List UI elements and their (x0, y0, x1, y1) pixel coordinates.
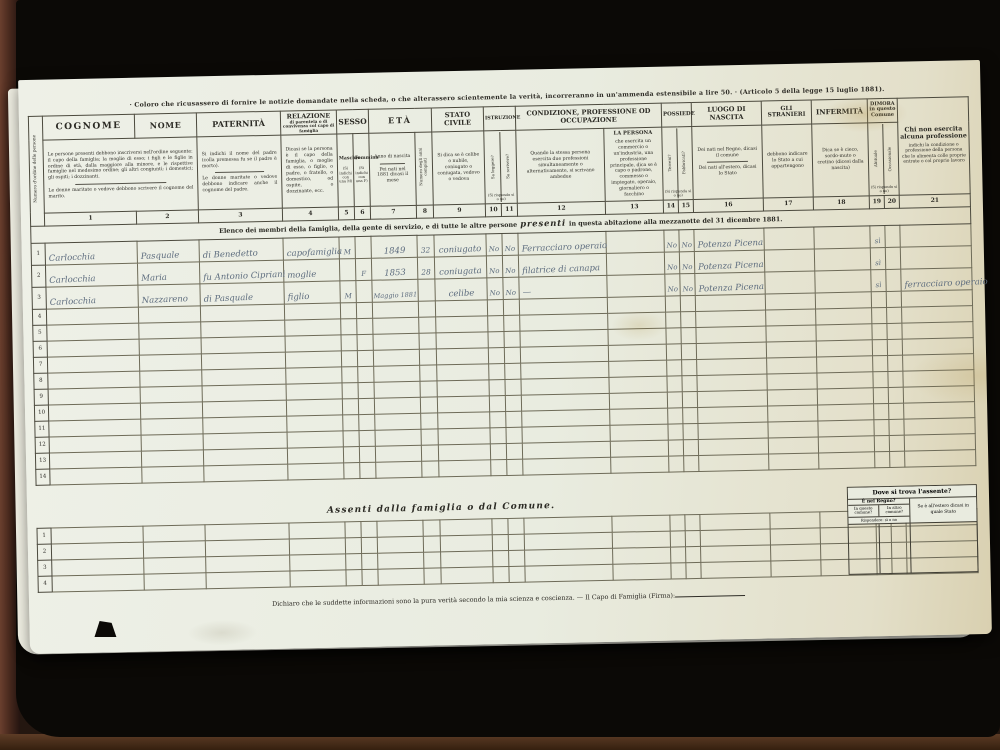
cell-luogo_nascita (698, 438, 768, 455)
cell-anno_nascita (376, 461, 422, 478)
cell-relazione (289, 538, 345, 555)
cell-dimora_occasionale (888, 371, 903, 387)
cell-nome (144, 573, 206, 590)
cell-la_persona (610, 408, 668, 425)
handwritten-entry: Potenza Picena (698, 282, 764, 295)
cell-stranieri (767, 373, 817, 390)
note-stranieri: debbono indicare lo Stato a cui apparten… (762, 124, 814, 198)
cell-dimora_abituale (874, 403, 889, 419)
cell-anno_nascita: 1849 (371, 235, 417, 258)
row-number: 12 (35, 437, 49, 453)
cell-cognome (48, 403, 140, 421)
cell-luogo_nascita: Potenza Picena (695, 272, 765, 295)
cell-la_persona (610, 440, 668, 457)
cell-chi_alimenta (900, 246, 971, 269)
row-number: 7 (33, 357, 47, 373)
cell-anni_compiuti (423, 520, 440, 536)
absent-location-box: Dove si trova l'assente? È nel Regno? In… (847, 484, 979, 575)
cell-stranieri (767, 357, 817, 374)
cell-stato_civile (436, 348, 488, 365)
cell-stranieri (771, 560, 821, 577)
cell-terreni (667, 360, 682, 376)
cell-luogo_nascita (701, 561, 771, 578)
handwritten-entry: No (667, 263, 678, 271)
cell-relazione (290, 570, 346, 587)
handwritten-entry: 32 (421, 245, 431, 254)
cell-cognome (49, 435, 141, 453)
cell-dimora_abituale (873, 371, 888, 387)
cell-luogo_nascita (697, 358, 767, 375)
handwritten-entry: figlio (288, 292, 310, 303)
cell-anno_nascita (375, 429, 421, 446)
cell-sesso_f: F (355, 258, 371, 280)
cell-la_persona (608, 328, 666, 345)
absent-box-altro-comune: In altro comune? (878, 504, 909, 516)
cell-anno_nascita (374, 381, 420, 398)
cell-luogo_nascita (698, 406, 768, 423)
cell-sa_scrivere (506, 443, 522, 459)
col-number: 4 (282, 207, 338, 221)
handwritten-entry: di Benedetto (203, 248, 258, 260)
handwritten-entry: Pasquale (141, 250, 180, 262)
cell-sa_scrivere (505, 395, 521, 411)
cell-cognome: Carlocchia (45, 241, 137, 265)
cell-fabbricati (686, 562, 701, 578)
cell-anni_compiuti (421, 429, 438, 445)
cell-relazione (286, 383, 342, 400)
cell-infermita (819, 452, 875, 469)
cell-nome (141, 450, 203, 467)
cell-sa_leggere: No (486, 233, 502, 255)
cell-nome (140, 370, 202, 387)
note-possiede: Terreni? Fabbricati? (Si risponda sì o n… (662, 127, 694, 200)
absent-box-estero: Se è all'estero dicasi in quale Stato (910, 497, 976, 523)
cell-terreni (668, 440, 683, 456)
cell-nome (142, 466, 204, 483)
cell-stato_civile (438, 444, 490, 461)
cell-luogo_nascita: Potenza Picena (694, 228, 764, 251)
cell-sesso_f (361, 521, 377, 537)
cell-anni_compiuti (422, 461, 439, 477)
cell-anni_compiuti (424, 568, 441, 584)
cell-sesso_f (357, 318, 373, 334)
cell-paternita (203, 416, 287, 434)
cell-dimora_occasionale (885, 225, 900, 247)
cell-relazione (285, 319, 341, 336)
cell-stranieri (769, 453, 819, 470)
cell-professione (520, 313, 608, 331)
cell-stranieri (768, 421, 818, 438)
handwritten-entry: coniugata (439, 266, 482, 278)
cell-cognome (48, 387, 140, 405)
row-number: 4 (38, 576, 52, 592)
cell-dimora_occasionale (888, 355, 903, 371)
cell-sa_leggere (489, 395, 505, 411)
row-number-vertical-label: Numero d'ordine delle persone (33, 135, 39, 203)
cell-luogo_nascita: Potenza Picena (694, 250, 764, 273)
cell-sesso_m (343, 446, 359, 462)
cell-paternita (203, 448, 287, 466)
handwritten-entry: moglie (287, 269, 316, 280)
cell-professione (522, 425, 610, 443)
cell-nome (140, 402, 202, 419)
cell-paternita (200, 304, 284, 322)
cell-nome (143, 525, 205, 542)
cell-stato_civile (439, 460, 491, 477)
column-header-cognome: COGNOME (42, 114, 134, 140)
cell-nome (140, 386, 202, 403)
absent-box-header: Dove si trova l'assente? È nel Regno? In… (848, 485, 977, 524)
cell-sesso_m (346, 569, 362, 585)
cell-nome (138, 306, 200, 323)
cell-sa_leggere (487, 299, 503, 315)
cell-dimora_occasionale (889, 435, 904, 451)
cell-la_persona (612, 531, 670, 548)
column-header-possiede: POSSIEDE (661, 102, 692, 127)
cell-la_persona (610, 424, 668, 441)
cell-sesso_f (356, 280, 372, 302)
cell-dimora_abituale (874, 419, 889, 435)
cell-luogo_nascita (698, 422, 768, 439)
cell-la_persona (608, 312, 666, 329)
cell-sesso_f (361, 537, 377, 553)
column-header-istruzione: ISTRUZIONE (483, 106, 516, 131)
cell-chi_alimenta (900, 224, 971, 247)
cell-cognome (48, 371, 140, 389)
cell-sesso_m (342, 366, 358, 382)
cell-sa_leggere (493, 566, 509, 582)
cell-professione (525, 564, 613, 582)
cell-relazione: figlio (284, 281, 340, 304)
col-number: 5 (338, 206, 354, 219)
cell-sa_scrivere (508, 518, 524, 534)
cell-relazione: moglie (283, 259, 339, 282)
cell-paternita (203, 432, 287, 450)
cell-sa_leggere (491, 459, 507, 475)
cell-sesso_f (359, 446, 375, 462)
cell-dimora_abituale: sì (871, 269, 886, 291)
note-divider (707, 161, 747, 163)
cell-la_persona (612, 515, 670, 532)
cell-sa_scrivere (506, 411, 522, 427)
sa-leggere-label: Sa leggere? (490, 155, 495, 179)
cell-professione (524, 532, 612, 550)
cell-nome: Maria (137, 262, 199, 285)
cell-anno_nascita (373, 349, 419, 366)
cell-fabbricati (681, 343, 696, 359)
cell-cognome (47, 339, 139, 357)
cell-stranieri (768, 437, 818, 454)
note-sesso-maschio: Maschio (Si indichi con una M) (337, 134, 355, 207)
handwritten-entry: Nazzareno (142, 294, 189, 306)
col-number: 7 (370, 205, 416, 219)
cell-nome: Pasquale (137, 240, 199, 263)
cell-sa_scrivere (506, 427, 522, 443)
cell-relazione: capofamiglia (283, 237, 339, 260)
cell-infermita (817, 388, 873, 405)
cell-chi_alimenta: ferracciaro operaio (901, 268, 972, 291)
cell-sa_leggere (488, 315, 504, 331)
cell-anni_compiuti (418, 301, 435, 317)
cell-sa_scrivere (505, 363, 521, 379)
cell-infermita (816, 340, 872, 357)
cell-dimora_abituale: sì (870, 225, 885, 247)
col-number: 19 (869, 195, 884, 208)
cell-cognome (46, 307, 138, 325)
handwritten-entry: No (490, 289, 501, 297)
cell-terreni (666, 312, 681, 328)
cell-chi_alimenta (901, 289, 972, 306)
cell-stranieri (768, 405, 818, 422)
cell-la_persona (609, 360, 667, 377)
cell-paternita: di Benedetto (199, 238, 283, 262)
cell-la_persona (613, 547, 671, 564)
cell-sa_leggere (490, 427, 506, 443)
cell-chi_alimenta (902, 305, 973, 322)
cell-paternita (201, 352, 285, 370)
cell-infermita (814, 248, 870, 271)
cell-dimora_occasionale (889, 419, 904, 435)
cell-la_persona (608, 344, 666, 361)
cell-nome (144, 557, 206, 574)
handwritten-entry: M (344, 248, 352, 256)
cell-professione (522, 441, 610, 459)
cell-terreni (669, 456, 684, 472)
cell-cognome (50, 467, 142, 485)
cell-sesso_f (358, 398, 374, 414)
cell-stato_civile (436, 316, 488, 333)
cell-paternita (205, 523, 289, 541)
cell-anni_compiuti: 32 (417, 235, 434, 257)
cell-terreni (671, 563, 686, 579)
cell-professione (520, 329, 608, 347)
cell-terreni (668, 424, 683, 440)
cell-dimora_occasionale (887, 339, 902, 355)
cell-anno_nascita: Maggio 1881 (372, 279, 418, 302)
col-number: 17 (763, 197, 813, 211)
cell-anni_compiuti (421, 413, 438, 429)
handwritten-entry: Potenza Picena (698, 238, 764, 251)
note-dimora: Abituale Occasionale (Si risponda sì o n… (868, 122, 900, 195)
cell-anno_nascita (377, 536, 423, 553)
cell-chi_alimenta (903, 385, 974, 402)
cell-stranieri (770, 512, 820, 529)
cell-sesso_m (342, 398, 358, 414)
cell-stato_civile (437, 396, 489, 413)
cell-paternita (201, 320, 285, 338)
cell-la_persona (607, 296, 665, 313)
cell-stranieri (765, 293, 815, 310)
handwritten-entry: No (682, 285, 693, 293)
handwritten-entry: No (505, 244, 516, 252)
column-header-luogo-nascita: LUOGO DI NASCITA (691, 101, 761, 127)
cell-sesso_m (345, 537, 361, 553)
cell-fabbricati (682, 359, 697, 375)
cell-relazione (286, 367, 342, 384)
cell-stato_civile (436, 332, 488, 349)
cell-professione: filatrice di canapa (518, 253, 606, 277)
cell-professione (521, 377, 609, 395)
cell-paternita (205, 539, 289, 557)
cell-sesso_m (344, 462, 360, 478)
cell-infermita (817, 356, 873, 373)
cell-stranieri (767, 389, 817, 406)
cell-stranieri (770, 544, 820, 561)
cell-dimora_abituale (874, 435, 889, 451)
cell-terreni (670, 531, 685, 547)
cell-sa_scrivere (504, 331, 520, 347)
cell-sa_leggere (492, 518, 508, 534)
column-header-relazione: RELAZIONE di parentela o di convivenza c… (280, 110, 337, 136)
cell-paternita (202, 400, 286, 418)
cell-dimora_occasionale (890, 451, 905, 467)
cell-fabbricati (681, 327, 696, 343)
col-number: 8 (416, 205, 433, 218)
handwritten-entry: 1849 (383, 246, 405, 257)
cell-dimora_abituale (871, 291, 886, 307)
cell-fabbricati (683, 439, 698, 455)
col-number: 2 (136, 210, 198, 224)
cell-stato_civile: celibe (435, 278, 487, 301)
handwritten-entry: Carlocchia (49, 274, 96, 286)
cell-sesso_m (341, 318, 357, 334)
cell-la_persona (606, 230, 664, 253)
handwritten-entry: No (682, 263, 693, 271)
cell-sesso_m (341, 334, 357, 350)
cell-infermita (818, 436, 874, 453)
col-number: 18 (813, 196, 869, 210)
column-header-chi-non-esercita: Chi non esercita alcuna professione indi… (897, 96, 970, 195)
cell-dimora_occasionale (886, 291, 901, 307)
cell-professione (522, 409, 610, 427)
row-number: 3 (32, 287, 46, 309)
cell-paternita (202, 384, 286, 402)
absent-section: Assenti dalla famiglia o dal Comune. 123… (36, 488, 979, 593)
cell-anni_compiuti (418, 279, 435, 301)
cell-infermita (818, 420, 874, 437)
cell-stato_civile (438, 412, 490, 429)
cell-fabbricati (680, 295, 695, 311)
cell-fabbricati (685, 514, 700, 530)
cell-sesso_f (357, 350, 373, 366)
row-number: 8 (34, 373, 48, 389)
cell-infermita (816, 308, 872, 325)
cell-dimora_abituale (873, 387, 888, 403)
cell-dimora_occasionale (885, 247, 900, 269)
column-header-paternita: PATERNITÀ (196, 111, 280, 137)
cell-anno_nascita (378, 552, 424, 569)
cell-stato_civile (438, 428, 490, 445)
cell-sa_leggere: No (486, 255, 502, 277)
row-number: 1 (37, 528, 51, 544)
cell-chi_alimenta (905, 449, 976, 466)
row-number: 13 (35, 453, 49, 469)
cell-professione (519, 297, 607, 315)
column-header-stranieri: GLI STRANIERI (761, 100, 812, 126)
cell-paternita: fu Antonio Cipriani (199, 260, 283, 284)
cell-sa_leggere (489, 363, 505, 379)
cell-fabbricati (683, 423, 698, 439)
note-divider (380, 163, 406, 165)
cell-dimora_abituale (872, 339, 887, 355)
cell-cognome (49, 419, 141, 437)
cell-luogo_nascita (700, 529, 770, 546)
row-number: 4 (32, 309, 46, 325)
presenti-emphasis: presenti (520, 218, 566, 229)
cell-dimora_abituale (873, 355, 888, 371)
absent-box-regno-column: È nel Regno? In questo comune? In altro … (848, 498, 910, 524)
cell-cognome: Carlocchia (46, 285, 138, 309)
handwritten-entry: No (681, 241, 692, 249)
cell-sesso_f (357, 334, 373, 350)
row-number: 11 (35, 421, 49, 437)
note-relazione: Dicasi se la persona è il capo della fam… (281, 134, 339, 208)
cell-dimora_abituale (872, 307, 887, 323)
row-number: 10 (34, 405, 48, 421)
col-number: 15 (678, 199, 693, 212)
cell-sa_scrivere (508, 534, 524, 550)
cell-professione (520, 345, 608, 363)
cell-terreni: No (664, 230, 679, 252)
cell-sesso_f (362, 569, 378, 585)
cell-nome (141, 418, 203, 435)
col-number: 10 (485, 203, 501, 216)
cell-sesso_f (358, 382, 374, 398)
cell-sa_scrivere (507, 459, 523, 475)
cell-dimora_occasionale (887, 307, 902, 323)
cell-la_persona (611, 456, 669, 473)
cell-anni_compiuti (419, 349, 436, 365)
handwritten-entry: fu Antonio Cipriani (203, 270, 286, 283)
cell-relazione (289, 522, 345, 539)
cell-professione: — (519, 275, 607, 299)
absent-box-grid (849, 521, 978, 574)
cell-stato_civile (435, 300, 487, 317)
cell-fabbricati (682, 375, 697, 391)
cell-cognome (47, 355, 139, 373)
absent-box-rispondere: Rispondere: sì o no (848, 516, 909, 524)
cell-infermita (814, 226, 870, 249)
column-header-stato-civile: STATO CIVILE (431, 106, 484, 132)
cell-infermita (815, 270, 871, 293)
handwritten-entry: F (361, 270, 366, 278)
cell-professione (525, 548, 613, 566)
cell-sesso_m (346, 553, 362, 569)
row-number: 3 (38, 560, 52, 576)
cell-stranieri (764, 249, 814, 272)
cell-paternita (201, 336, 285, 354)
cell-sa_leggere (489, 379, 505, 395)
cell-terreni (667, 376, 682, 392)
terreni-label: Terreni? (668, 155, 673, 172)
cell-sesso_m (345, 521, 361, 537)
cell-stato_civile (440, 535, 492, 552)
column-header-nome: NOME (134, 112, 196, 138)
cell-stranieri (766, 341, 816, 358)
column-header-eta: ETÀ (368, 108, 432, 134)
cell-relazione (290, 554, 346, 571)
cell-sa_scrivere (505, 379, 521, 395)
cell-sesso_m (343, 414, 359, 430)
cell-sesso_m (339, 258, 355, 280)
cell-chi_alimenta (903, 369, 974, 386)
cell-la_persona (607, 274, 665, 297)
handwritten-entry: di Pasquale (204, 293, 254, 305)
cell-anno_nascita (375, 445, 421, 462)
cell-sesso_f (362, 553, 378, 569)
cell-sesso_f (360, 462, 376, 478)
handwritten-entry: No (667, 285, 678, 293)
